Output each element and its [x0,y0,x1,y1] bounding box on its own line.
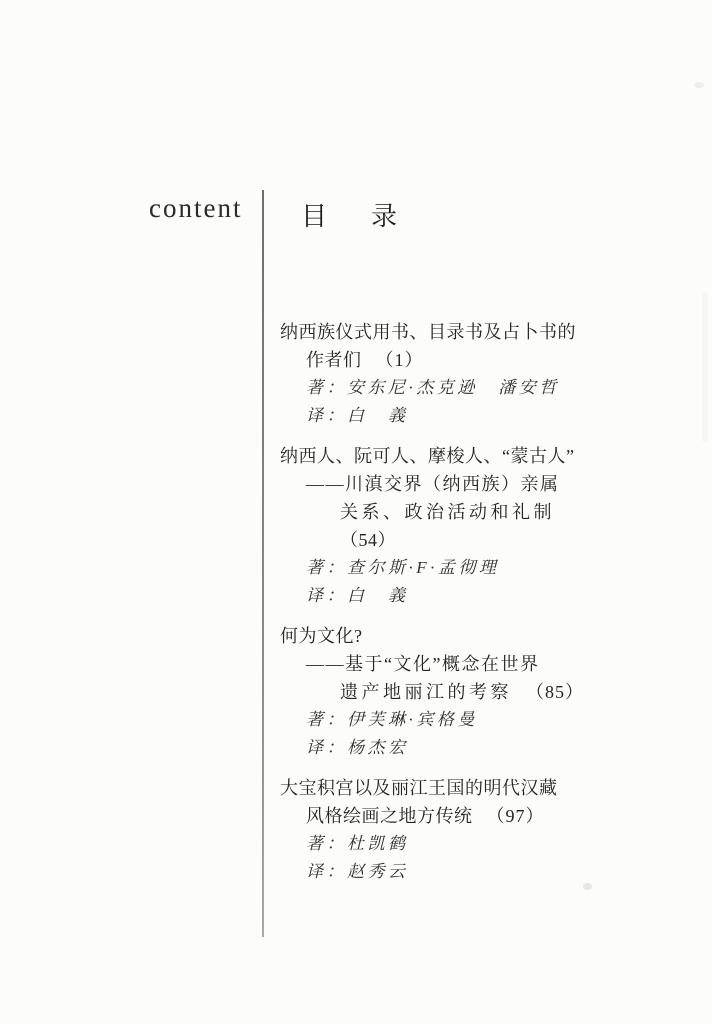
column-divider-rule [262,190,264,937]
entry-title-text: 作者们 [306,350,362,370]
entry-page-number: （85） [526,682,584,702]
entry-author: 著：伊芙琳·宾格曼 [306,706,610,734]
entry-translator: 译：白 義 [306,402,610,430]
entry-title-line: 纳西人、阮可人、摩梭人、“蒙古人” [280,442,610,470]
entry-author: 著：杜凯鹤 [306,830,610,858]
entry-author: 著：安东尼·杰克逊 潘安哲 [306,374,610,402]
entry-title-text: 何为文化? [280,626,363,646]
entry-subtitle-line: 关系、政治活动和礼制 [340,498,610,526]
entry-subtitle-line: ——川滇交界（纳西族）亲属 [306,470,610,498]
entry-title-line: 何为文化? [280,622,610,650]
entry-title-line: 纳西族仪式用书、目录书及占卜书的 [280,318,610,346]
entry-title-text: 大宝积宫以及丽江王国的明代汉藏 [280,778,558,798]
toc-list: 纳西族仪式用书、目录书及占卜书的 作者们（1） 著：安东尼·杰克逊 潘安哲 译：… [280,318,610,898]
entry-translator: 译：赵秀云 [306,858,610,886]
toc-entry: 纳西族仪式用书、目录书及占卜书的 作者们（1） 著：安东尼·杰克逊 潘安哲 译：… [280,318,610,430]
entry-subtitle-text: 遗产地丽江的考察 [340,682,512,702]
scan-smudge [694,82,704,88]
entry-translator: 译：杨杰宏 [306,734,610,762]
page-title-chinese: 目 录 [301,196,406,233]
entry-page-number: （97） [487,806,545,826]
scan-smudge [702,292,708,442]
entry-subtitle-line: 遗产地丽江的考察（85） [340,678,610,706]
toc-entry: 纳西人、阮可人、摩梭人、“蒙古人” ——川滇交界（纳西族）亲属 关系、政治活动和… [280,442,610,610]
entry-subtitle-line: ——基于“文化”概念在世界 [306,650,610,678]
toc-entry: 何为文化? ——基于“文化”概念在世界 遗产地丽江的考察（85） 著：伊芙琳·宾… [280,622,610,762]
scanned-toc-page: content 目 录 纳西族仪式用书、目录书及占卜书的 作者们（1） 著：安东… [0,0,712,1024]
page-label-english: content [149,193,242,224]
entry-title-line: 大宝积宫以及丽江王国的明代汉藏 [280,774,610,802]
entry-page-number: （1） [376,350,424,370]
entry-title-line: 风格绘画之地方传统（97） [306,802,610,830]
toc-entry: 大宝积宫以及丽江王国的明代汉藏 风格绘画之地方传统（97） 著：杜凯鹤 译：赵秀… [280,774,610,886]
entry-page-number: （54） [340,526,610,554]
entry-title-text: 风格绘画之地方传统 [306,806,473,826]
scan-smudge [583,883,592,890]
entry-title-text: 纳西族仪式用书、目录书及占卜书的 [280,322,576,342]
entry-author: 著：查尔斯·F·孟彻理 [306,554,610,582]
entry-title-line: 作者们（1） [306,346,610,374]
entry-title-text: 纳西人、阮可人、摩梭人、“蒙古人” [280,446,574,466]
entry-translator: 译：白 義 [306,582,610,610]
